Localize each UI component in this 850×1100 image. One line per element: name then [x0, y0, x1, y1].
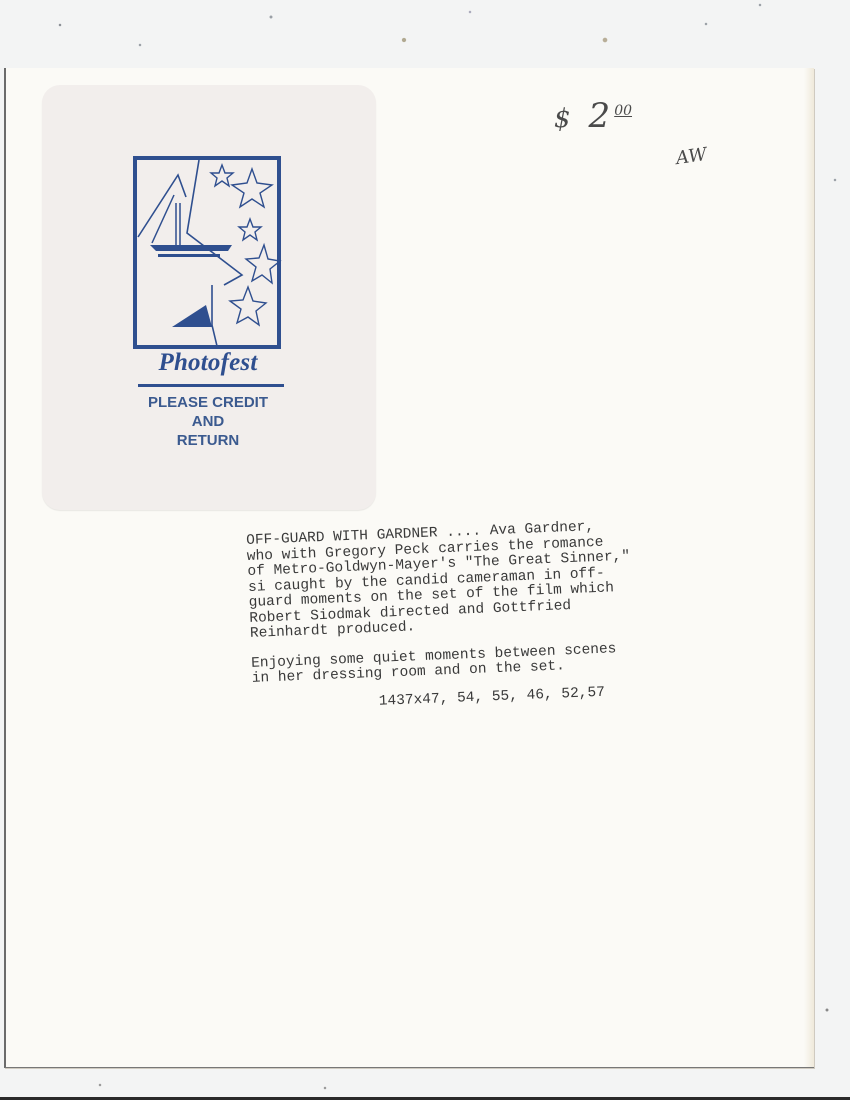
price-dollars: 2	[589, 96, 611, 136]
brand-name: Photofest	[132, 349, 284, 377]
credit-notice: PLEASE CREDIT AND RETURN	[122, 393, 294, 450]
handwritten-initials: AW	[675, 144, 708, 169]
photofest-sticker: Photofest PLEASE CREDIT AND RETURN	[42, 85, 376, 510]
paper-edge-shading	[804, 68, 814, 1067]
typed-caption: OFF-GUARD WITH GARDNER .... Ava Gardner,…	[246, 516, 693, 715]
negative-reference-numbers: 1437x47, 54, 55, 46, 52,57	[253, 682, 693, 715]
brand-underline	[138, 384, 284, 387]
dollar-sign: $	[554, 104, 571, 134]
photofest-logo-sailboat-face-stars-icon	[132, 155, 282, 350]
price-cents: 00	[614, 103, 632, 119]
credit-line: RETURN	[122, 431, 294, 450]
handwritten-price: $200	[554, 96, 632, 136]
photo-back-sheet: Photofest PLEASE CREDIT AND RETURN $200 …	[4, 68, 814, 1068]
credit-line: PLEASE CREDIT	[122, 393, 294, 412]
credit-line: AND	[122, 412, 294, 431]
